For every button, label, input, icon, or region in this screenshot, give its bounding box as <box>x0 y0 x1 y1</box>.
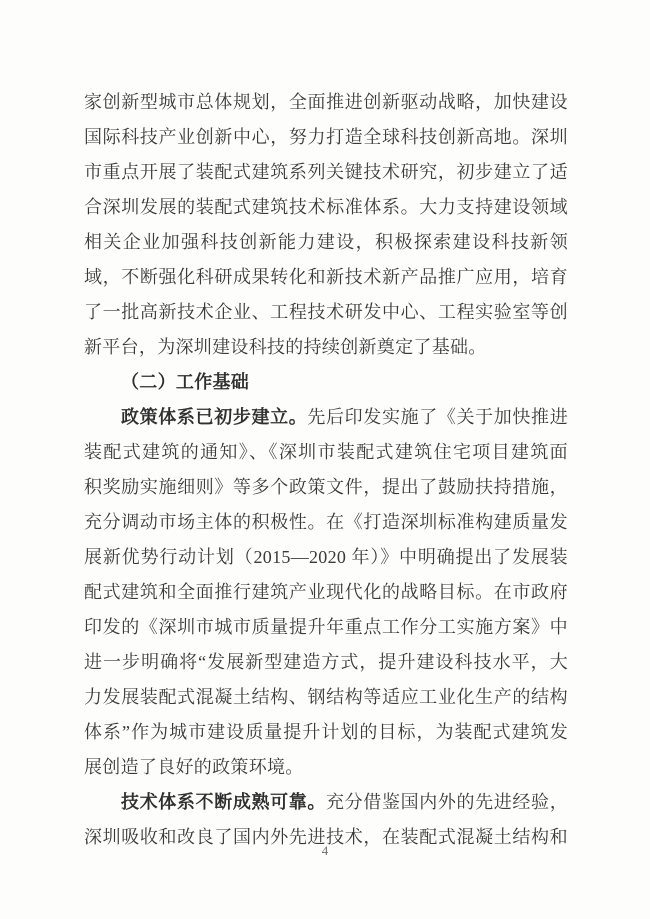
text-line: 新平台，为深圳建设科技的持续创新奠定了基础。 <box>84 330 568 365</box>
text-line: 配式建筑和全面推行建筑产业现代化的战略目标。在市政府 <box>84 575 568 610</box>
text-line: 政策体系已初步建立。先后印发实施了《关于加快推进 <box>84 400 568 435</box>
paragraph-lead-rest: 先后印发实施了《关于加快推进 <box>307 407 568 427</box>
text-line: 域，不断强化科研成果转化和新技术新产品推广应用，培育 <box>84 260 568 295</box>
page-number: 4 <box>0 840 650 862</box>
section-heading: （二）工作基础 <box>84 365 568 400</box>
text-line: 合深圳发展的装配式建筑技术标准体系。大力支持建设领域 <box>84 190 568 225</box>
text-line: 展创造了良好的政策环境。 <box>84 750 568 785</box>
text-line: 装配式建筑的通知》、《深圳市装配式建筑住宅项目建筑面 <box>84 435 568 470</box>
text-line: 国际科技产业创新中心，努力打造全球科技创新高地。深圳 <box>84 120 568 155</box>
text-line: 家创新型城市总体规划，全面推进创新驱动战略，加快建设 <box>84 85 568 120</box>
text-line: 进一步明确将“发展新型建造方式，提升建设科技水平，大 <box>84 645 568 680</box>
text-line: 力发展装配式混凝土结构、钢结构等适应工业化生产的结构 <box>84 680 568 715</box>
text-line: 市重点开展了装配式建筑系列关键技术研究，初步建立了适 <box>84 155 568 190</box>
paragraph-lead-bold: 政策体系已初步建立。 <box>121 407 307 427</box>
text-line: 充分调动市场主体的积极性。在《打造深圳标准构建质量发 <box>84 505 568 540</box>
document-page: 家创新型城市总体规划，全面推进创新驱动战略，加快建设 国际科技产业创新中心，努力… <box>0 0 650 919</box>
document-body: 家创新型城市总体规划，全面推进创新驱动战略，加快建设 国际科技产业创新中心，努力… <box>84 85 568 855</box>
text-line: 印发的《深圳市城市质量提升年重点工作分工实施方案》中 <box>84 610 568 645</box>
text-line: 体系”作为城市建设质量提升计划的目标，为装配式建筑发 <box>84 715 568 750</box>
text-line: 展新优势行动计划（2015—2020 年）》中明确提出了发展装 <box>84 540 568 575</box>
text-line: 积奖励实施细则》等多个政策文件，提出了鼓励扶持措施， <box>84 470 568 505</box>
text-line: 相关企业加强科技创新能力建设，积极探索建设科技新领 <box>84 225 568 260</box>
text-line: 了一批高新技术企业、工程技术研发中心、工程实验室等创 <box>84 295 568 330</box>
paragraph-lead-rest: 充分借鉴国内外的先进经验， <box>326 792 568 812</box>
paragraph-lead-bold: 技术体系不断成熟可靠。 <box>121 792 326 812</box>
text-line: 技术体系不断成熟可靠。充分借鉴国内外的先进经验， <box>84 785 568 820</box>
